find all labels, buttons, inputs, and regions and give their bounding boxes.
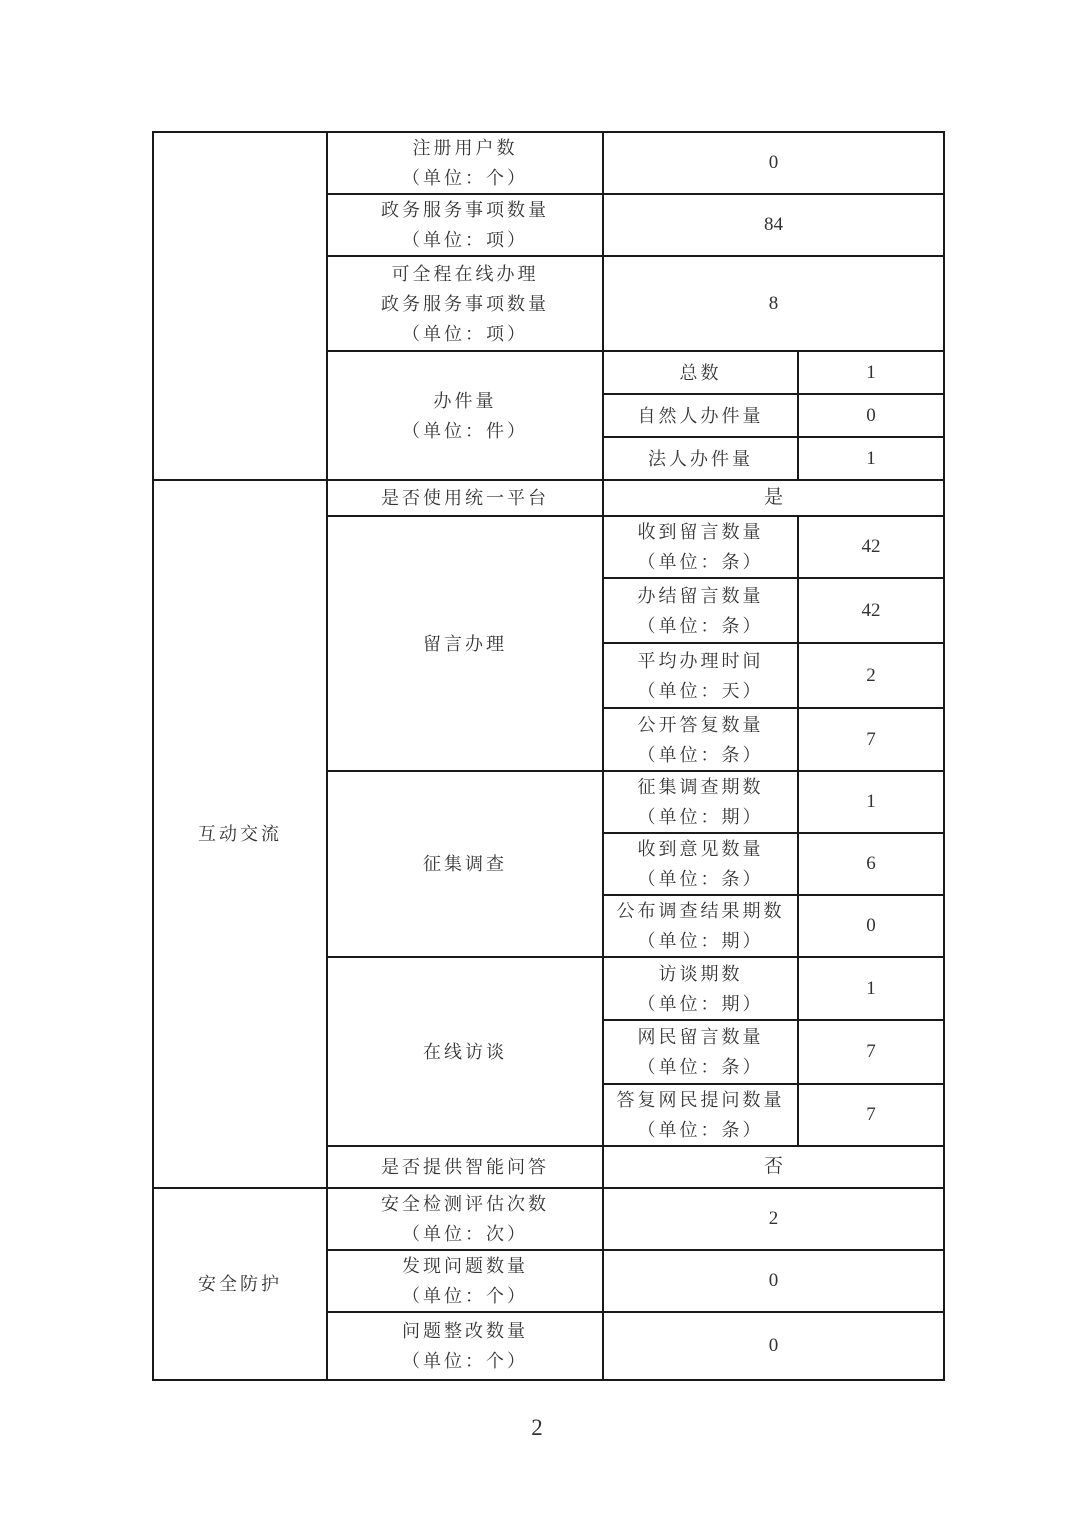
case-volume-total-label: 总数	[603, 351, 798, 394]
problems-found-label-cell: 发现问题数量 （单位：个）	[327, 1250, 603, 1312]
netizen-questions-answered-label-cell: 答复网民提问数量 （单位：条）	[603, 1084, 798, 1146]
service-items-label: 政务服务事项数量	[328, 195, 602, 225]
document-page: 注册用户数 （单位：个） 0 政务服务事项数量 （单位：项） 84 可全程在线办…	[0, 0, 1074, 1520]
service-items-label-cell: 政务服务事项数量 （单位：项）	[327, 194, 603, 256]
messages-received-unit: （单位：条）	[604, 547, 797, 577]
report-table: 注册用户数 （单位：个） 0 政务服务事项数量 （单位：项） 84 可全程在线办…	[152, 131, 945, 1381]
messages-completed-label: 办结留言数量	[604, 581, 797, 611]
messages-completed-label-cell: 办结留言数量 （单位：条）	[603, 578, 798, 643]
netizen-messages-value: 7	[798, 1020, 944, 1084]
survey-group-label: 征集调查	[327, 771, 603, 957]
service-items-value: 84	[603, 194, 944, 256]
survey-periods-value: 1	[798, 771, 944, 833]
public-replies-unit: （单位：条）	[604, 740, 797, 770]
netizen-questions-answered-label: 答复网民提问数量	[604, 1085, 797, 1115]
interview-periods-value: 1	[798, 957, 944, 1020]
case-volume-unit: （单位：件）	[328, 416, 602, 446]
registered-users-label: 注册用户数	[328, 133, 602, 163]
full-online-items-unit: （单位：项）	[328, 319, 602, 349]
full-online-items-label-line1: 可全程在线办理	[328, 259, 602, 289]
security-assessments-label-cell: 安全检测评估次数 （单位：次）	[327, 1188, 603, 1250]
opinions-received-unit: （单位：条）	[604, 864, 797, 894]
netizen-messages-unit: （单位：条）	[604, 1052, 797, 1082]
public-replies-label-cell: 公开答复数量 （单位：条）	[603, 708, 798, 771]
problems-rectified-value: 0	[603, 1312, 944, 1380]
survey-results-published-label: 公布调查结果期数	[604, 896, 797, 926]
registered-users-unit: （单位：个）	[328, 163, 602, 193]
problems-found-label: 发现问题数量	[328, 1251, 602, 1281]
messages-received-label-cell: 收到留言数量 （单位：条）	[603, 516, 798, 578]
interview-periods-label-cell: 访谈期数 （单位：期）	[603, 957, 798, 1020]
avg-handling-time-unit: （单位：天）	[604, 676, 797, 706]
message-handling-group-label: 留言办理	[327, 516, 603, 771]
full-online-items-label-cell: 可全程在线办理 政务服务事项数量 （单位：项）	[327, 256, 603, 351]
survey-periods-label: 征集调查期数	[604, 772, 797, 802]
interview-group-label: 在线访谈	[327, 957, 603, 1146]
problems-rectified-label: 问题整改数量	[328, 1316, 602, 1346]
opinions-received-label: 收到意见数量	[604, 834, 797, 864]
survey-results-published-label-cell: 公布调查结果期数 （单位：期）	[603, 895, 798, 957]
public-replies-label: 公开答复数量	[604, 710, 797, 740]
security-category-cell: 安全防护	[153, 1188, 327, 1380]
problems-found-value: 0	[603, 1250, 944, 1312]
security-assessments-label: 安全检测评估次数	[328, 1189, 602, 1219]
problems-rectified-unit: （单位：个）	[328, 1346, 602, 1376]
interaction-category-cell: 互动交流	[153, 480, 327, 1188]
netizen-messages-label-cell: 网民留言数量 （单位：条）	[603, 1020, 798, 1084]
public-replies-value: 7	[798, 708, 944, 771]
avg-handling-time-label: 平均办理时间	[604, 646, 797, 676]
registered-users-label-cell: 注册用户数 （单位：个）	[327, 132, 603, 194]
registered-users-value: 0	[603, 132, 944, 194]
case-volume-total-value: 1	[798, 351, 944, 394]
avg-handling-time-value: 2	[798, 643, 944, 708]
unified-platform-label: 是否使用统一平台	[327, 480, 603, 516]
case-volume-legal-person-value: 1	[798, 437, 944, 480]
opinions-received-value: 6	[798, 833, 944, 895]
survey-periods-label-cell: 征集调查期数 （单位：期）	[603, 771, 798, 833]
sec1-category-cell	[153, 132, 327, 480]
netizen-questions-answered-unit: （单位：条）	[604, 1115, 797, 1145]
full-online-items-label-line2: 政务服务事项数量	[328, 289, 602, 319]
messages-completed-unit: （单位：条）	[604, 611, 797, 641]
case-volume-legal-person-label: 法人办件量	[603, 437, 798, 480]
smart-qa-value: 否	[603, 1146, 944, 1188]
messages-completed-value: 42	[798, 578, 944, 643]
service-items-unit: （单位：项）	[328, 225, 602, 255]
case-volume-label: 办件量	[328, 386, 602, 416]
case-volume-group-label-cell: 办件量 （单位：件）	[327, 351, 603, 480]
page-number: 2	[0, 1415, 1074, 1441]
opinions-received-label-cell: 收到意见数量 （单位：条）	[603, 833, 798, 895]
case-volume-natural-person-value: 0	[798, 394, 944, 437]
netizen-questions-answered-value: 7	[798, 1084, 944, 1146]
avg-handling-time-label-cell: 平均办理时间 （单位：天）	[603, 643, 798, 708]
security-assessments-value: 2	[603, 1188, 944, 1250]
problems-found-unit: （单位：个）	[328, 1281, 602, 1311]
case-volume-natural-person-label: 自然人办件量	[603, 394, 798, 437]
survey-results-published-value: 0	[798, 895, 944, 957]
problems-rectified-label-cell: 问题整改数量 （单位：个）	[327, 1312, 603, 1380]
smart-qa-label: 是否提供智能问答	[327, 1146, 603, 1188]
messages-received-value: 42	[798, 516, 944, 578]
unified-platform-value: 是	[603, 480, 944, 516]
survey-periods-unit: （单位：期）	[604, 802, 797, 832]
full-online-items-value: 8	[603, 256, 944, 351]
survey-results-published-unit: （单位：期）	[604, 926, 797, 956]
interview-periods-unit: （单位：期）	[604, 989, 797, 1019]
security-assessments-unit: （单位：次）	[328, 1219, 602, 1249]
netizen-messages-label: 网民留言数量	[604, 1022, 797, 1052]
messages-received-label: 收到留言数量	[604, 517, 797, 547]
interview-periods-label: 访谈期数	[604, 959, 797, 989]
